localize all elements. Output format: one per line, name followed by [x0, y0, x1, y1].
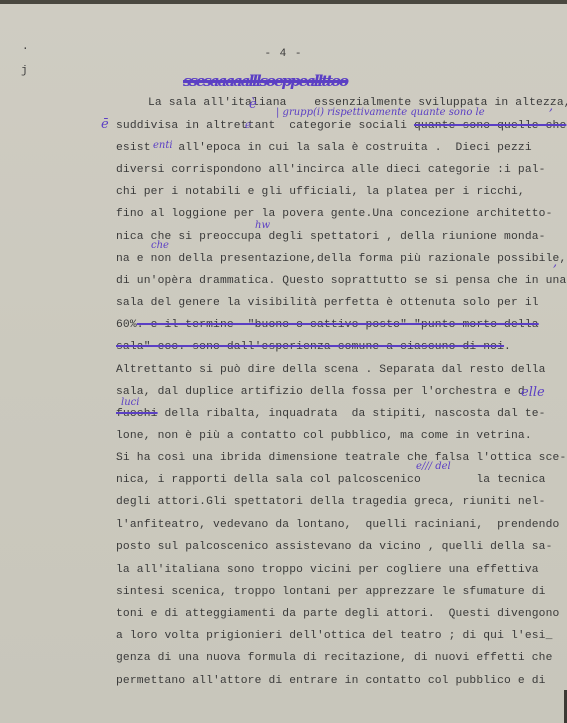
text-line: Altrettanto si può dire della scena . Se…	[116, 364, 546, 376]
text-line: a loro volta prigionieri dell'ottica del…	[116, 630, 553, 642]
annotation-elle: elle	[521, 385, 545, 400]
margin-mark-j: j	[21, 65, 28, 77]
annotation-e-insert: è	[249, 97, 257, 112]
page-number: - 4 -	[0, 48, 567, 60]
text-segment: 60%	[116, 319, 137, 331]
struck-text: . e il termine "buono o cattivo posto" "…	[137, 319, 539, 331]
text-line: Si ha così una ibrida dimensione teatral…	[116, 452, 566, 464]
annotation-hw-insert: hw	[255, 220, 270, 231]
struck-text: sala" ecc. sono dall'esperienza comune a…	[116, 341, 504, 353]
text-line: fino al loggione per la povera gente.Una…	[116, 208, 553, 220]
text-line: esist all'epoca in cui la sala è costrui…	[116, 142, 532, 154]
text-line: sala, dal duplice artifizio della fossa …	[116, 386, 525, 398]
annotation-scribble-palcoscenico: e/// del	[416, 461, 451, 472]
text-line: posto sul palcoscenico assistevano da vi…	[116, 541, 553, 553]
text-line: l'anfiteatro, vedevano da lontano, quell…	[116, 519, 559, 531]
cancelled-heading-scribble: ssesaaaaalllsoeppeallttoo	[183, 72, 353, 94]
text-line: sintesi scenica, troppo lontani per appr…	[116, 586, 546, 598]
text-line: sala" ecc. sono dall'esperienza comune a…	[116, 341, 511, 353]
annotation-comma-possibile: ,	[553, 255, 557, 270]
annotation-insert-above-line2: | grupp(i) rispettivamente quante sono l…	[276, 107, 485, 118]
text-line: 60%. e il termine "buono o cattivo posto…	[116, 319, 539, 331]
text-line: chi per i notabili e gli ufficiali, la p…	[116, 186, 525, 198]
annotation-comma-altezza: ,	[549, 99, 553, 114]
annotation-luci: luci	[121, 397, 139, 408]
text-line: lone, non è più a contatto col pubblico,…	[116, 430, 532, 442]
text-line: genza di una nuova formula di recitazion…	[116, 652, 553, 664]
text-line: diversi corrispondono all'incirca alle d…	[116, 164, 546, 176]
text-segment: suddivisa in altrettant categorie social…	[116, 120, 414, 132]
annotation-margin-e: ē	[101, 117, 109, 132]
text-segment: .	[504, 341, 511, 353]
text-line: la all'italiana sono troppo vicini per c…	[116, 564, 539, 576]
annotation-suffix-enti: enti	[153, 140, 173, 151]
text-line: fuochi della ribalta, inquadrata da stip…	[116, 408, 546, 420]
text-line: sala del genere la visibilità perfetta è…	[116, 297, 539, 309]
text-line: degli attori.Gli spettatori della traged…	[116, 496, 546, 508]
text-segment: della ribalta, inquadrata da stipiti, na…	[158, 408, 546, 420]
text-line: na e non della presentazione,della forma…	[116, 253, 566, 265]
text-line: nica che si preoccupa degli spettatori ,…	[116, 231, 546, 243]
text-line: di un'opèra drammatica. Questo soprattut…	[116, 275, 566, 287]
text-line: nica, i rapporti della sala col palcosce…	[116, 474, 546, 486]
text-line: toni e di atteggiamenti da parte degli a…	[116, 608, 559, 620]
struck-text: quante sono quelle che	[414, 120, 566, 132]
text-line: suddivisa in altrettant categorie social…	[116, 120, 566, 132]
annotation-suffix-e: e	[245, 120, 251, 131]
struck-text: fuochi	[116, 408, 158, 420]
annotation-che-insert: che	[151, 240, 169, 251]
text-line: permettano all'attore di entrare in cont…	[116, 675, 546, 687]
